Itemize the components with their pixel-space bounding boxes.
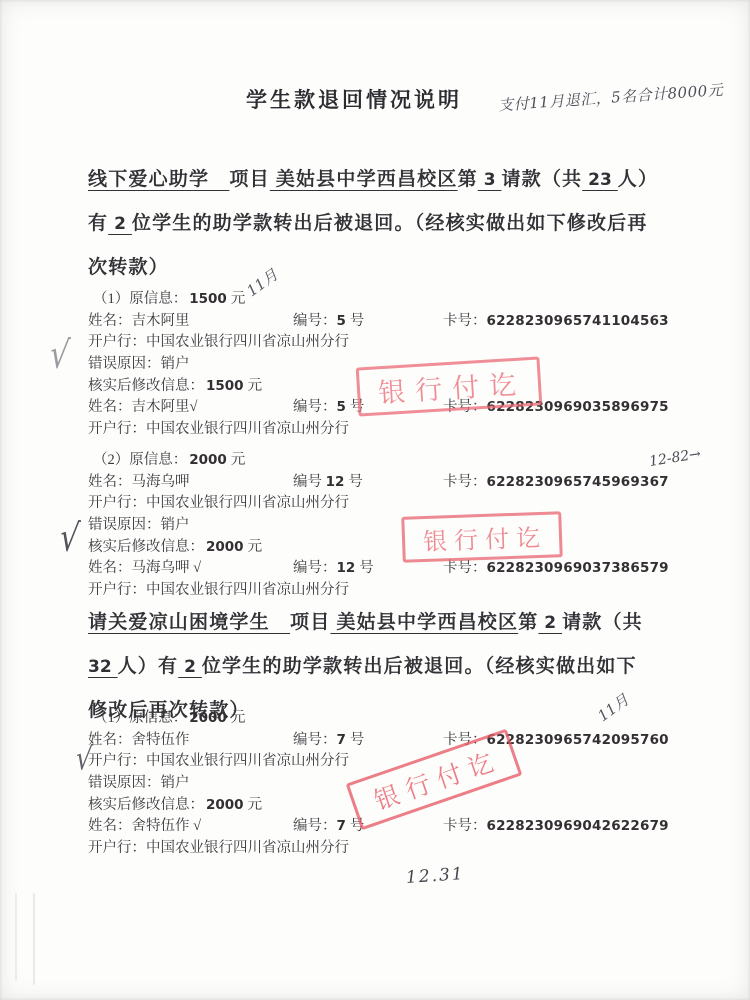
record-2-original-identity: 姓名：马海乌呷 编号 12号 卡号：6228230965745969367 bbox=[88, 472, 694, 494]
project-summary-1: 线下爱心助学 项目 美姑县中学西昌校区第 3 请款（共 23 人） 有 2 位学… bbox=[88, 158, 693, 289]
student-name: 姓名：吉木阿里 bbox=[88, 311, 190, 333]
record-2-revised-identity: 姓名：马海乌呷 √ 编号：12号 卡号：6228230969037386579 bbox=[88, 558, 694, 580]
student-name: 姓名：马海乌呷 √ bbox=[88, 558, 201, 580]
student-number: 编号：5号 bbox=[293, 397, 364, 419]
card-number: 卡号：6228230965745969367 bbox=[443, 472, 669, 494]
record-2-error-reason: 错误原因：销户 bbox=[88, 515, 694, 537]
card-number: 卡号：6228230969037386579 bbox=[443, 558, 669, 580]
record-block-2: （2）原信息：2000元 姓名：马海乌呷 编号 12号 卡号：622823096… bbox=[88, 450, 694, 602]
student-name: 姓名：舍特伍作 √ bbox=[88, 816, 201, 838]
project-summary-2-line-2: 32 人）有 2 位学生的助学款转出后被退回。（经核实做出如下 bbox=[88, 645, 693, 689]
record-2-revised-bank: 开户行：中国农业银行四川省凉山州分行 bbox=[88, 580, 694, 602]
record-2-revised-header: 核实后修改信息：2000元 bbox=[88, 537, 694, 559]
record-1-revised-bank: 开户行：中国农业银行四川省凉山州分行 bbox=[88, 419, 694, 441]
student-number: 编号：12号 bbox=[293, 558, 374, 580]
student-name: 姓名：舍特伍作 bbox=[88, 730, 190, 752]
student-number: 编号：5号 bbox=[293, 311, 364, 333]
project-summary-1-line-2: 有 2 位学生的助学款转出后被退回。（经核实做出如下修改后再 bbox=[88, 202, 693, 246]
record-2-original-bank: 开户行：中国农业银行四川省凉山州分行 bbox=[88, 493, 694, 515]
record-3-original-identity: 姓名：舍特伍作 编号：7号 卡号：6228230965742095760 bbox=[88, 730, 694, 752]
student-number: 编号：7号 bbox=[293, 730, 364, 752]
record-1-original-header: （1）原信息：1500元 bbox=[88, 289, 694, 311]
student-name: 姓名：马海乌呷 bbox=[88, 472, 190, 494]
project-summary-1-line-1: 线下爱心助学 项目 美姑县中学西昌校区第 3 请款（共 23 人） bbox=[88, 158, 693, 202]
record-3-revised-bank: 开户行：中国农业银行四川省凉山州分行 bbox=[88, 838, 694, 860]
card-number: 卡号：6228230965741104563 bbox=[443, 311, 669, 333]
record-2-original-header: （2）原信息：2000元 bbox=[88, 450, 694, 472]
card-number: 卡号：6228230969042622679 bbox=[443, 816, 669, 838]
scan-artifact-line bbox=[33, 893, 35, 985]
scan-artifact-line bbox=[15, 893, 17, 981]
record-1-original-bank: 开户行：中国农业银行四川省凉山州分行 bbox=[88, 332, 694, 354]
student-name: 姓名：吉木阿里√ bbox=[88, 397, 197, 419]
handwritten-checkmark-2: √ bbox=[58, 515, 82, 562]
handwritten-bottom-date: 12.31 bbox=[405, 864, 465, 888]
scanned-document-page: 学生款退回情况说明 支付11月退汇，5名合计8000元 线下爱心助学 项目 美姑… bbox=[0, 0, 750, 1000]
bank-paid-stamp-2: 银行付讫 bbox=[401, 511, 563, 563]
project-summary-2-line-1: 请关爱凉山困境学生 项目 美姑县中学西昌校区第 2 请款（共 bbox=[88, 601, 693, 645]
student-number: 编号 12号 bbox=[293, 472, 363, 494]
student-number: 编号：7号 bbox=[293, 816, 364, 838]
project-summary-1-line-3: 次转款） bbox=[88, 246, 693, 289]
handwritten-checkmark-1: √ bbox=[48, 332, 72, 379]
record-1-original-identity: 姓名：吉木阿里 编号：5号 卡号：6228230965741104563 bbox=[88, 311, 694, 333]
